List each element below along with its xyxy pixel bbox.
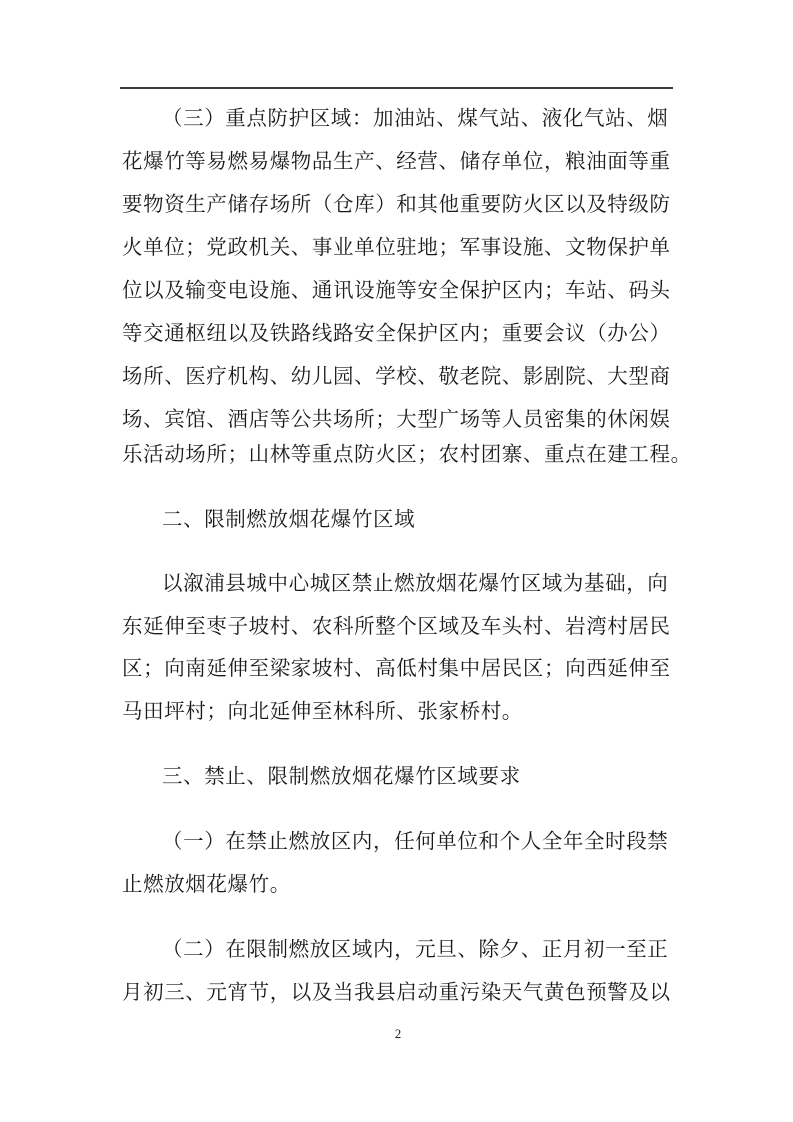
paragraph-line: （三）重点防护区域：加油站、煤气站、液化气站、烟	[162, 106, 722, 130]
paragraph-line: 止燃放烟花爆竹。	[122, 872, 682, 896]
paragraph-line: 位以及输变电设施、通讯设施等安全保护区内；车站、码头	[122, 278, 682, 302]
section-heading: 三、禁止、限制燃放烟花爆竹区域要求	[162, 764, 722, 788]
page-number: 2	[392, 1026, 404, 1042]
paragraph-line: 等交通枢纽以及铁路线路安全保护区内；重要会议（办公）	[122, 321, 682, 345]
paragraph-line: 以溆浦县城中心城区禁止燃放烟花爆竹区域为基础，向	[162, 571, 722, 595]
paragraph-line: 场所、医疗机构、幼儿园、学校、敬老院、影剧院、大型商	[122, 364, 682, 388]
paragraph-line: 区；向南延伸至梁家坡村、高低村集中居民区；向西延伸至	[122, 656, 682, 680]
paragraph-line: 花爆竹等易燃易爆物品生产、经营、储存单位，粮油面等重	[122, 149, 682, 173]
header-rule	[120, 87, 673, 89]
paragraph-line: 场、宾馆、酒店等公共场所；大型广场等人员密集的休闲娱	[122, 407, 682, 431]
paragraph-line: （一）在禁止燃放区内，任何单位和个人全年全时段禁	[162, 829, 722, 853]
paragraph-line: 乐活动场所；山林等重点防火区；农村团寨、重点在建工程。	[122, 442, 682, 466]
paragraph-line: 要物资生产储存场所（仓库）和其他重要防火区以及特级防	[122, 192, 682, 216]
paragraph-line: 马田坪村；向北延伸至林科所、张家桥村。	[122, 699, 682, 723]
paragraph-line: 火单位；党政机关、事业单位驻地；军事设施、文物保护单	[122, 235, 682, 259]
paragraph-line: （二）在限制燃放区域内，元旦、除夕、正月初一至正	[162, 937, 722, 961]
section-heading: 二、限制燃放烟花爆竹区域	[162, 507, 722, 531]
paragraph-line: 东延伸至枣子坡村、农科所整个区域及车头村、岩湾村居民	[122, 614, 682, 638]
paragraph-line: 月初三、元宵节，以及当我县启动重污染天气黄色预警及以	[122, 980, 682, 1004]
